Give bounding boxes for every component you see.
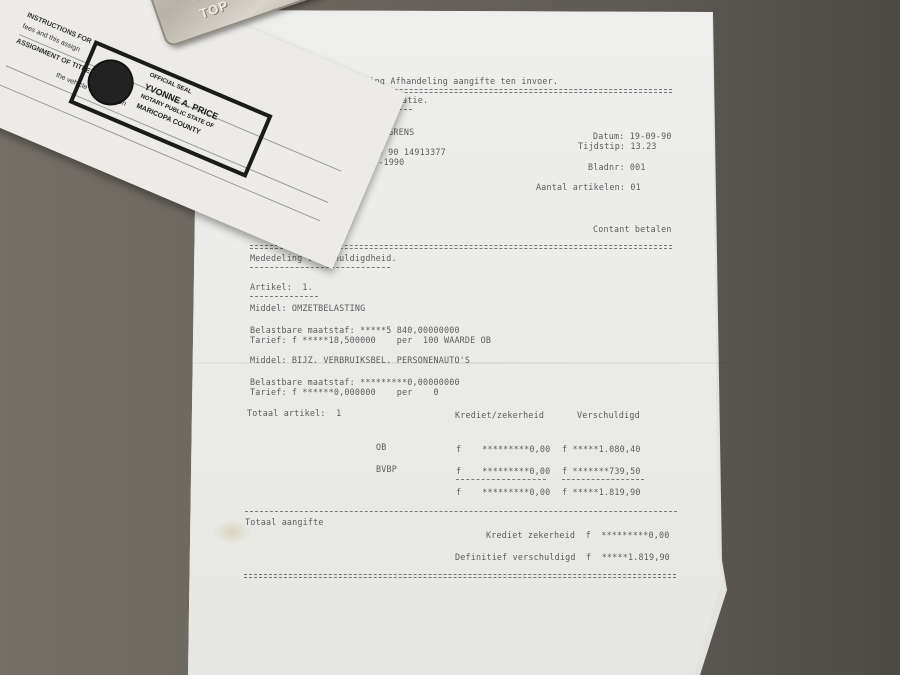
subtotal-rule: [562, 479, 644, 480]
total-krediet: f *********0,00: [456, 487, 550, 497]
row-code: OB: [376, 442, 386, 452]
datum: Datum: 19-09-90: [593, 131, 672, 141]
bladnr: Bladnr: 001: [588, 162, 646, 172]
row-krediet: f *********0,00: [456, 444, 550, 454]
double-rule: [244, 574, 676, 578]
row-verschuldigd: f *******739,50: [562, 466, 641, 476]
subtotal-rule: [456, 479, 546, 480]
definitief-verschuldigd: Definitief verschuldigd f *****1.819,90: [455, 552, 670, 562]
tarief-1: Tarief: f *****18,500000 per 100 WAARDE …: [250, 335, 491, 345]
totaal-artikel-label: Totaal artikel: 1: [247, 408, 341, 418]
tarief-2: Tarief: f ******0,000000 per 0: [250, 387, 439, 397]
totaal-aangifte-label: Totaal aangifte: [245, 517, 324, 527]
row-krediet: f *********0,00: [456, 466, 550, 476]
row-verschuldigd: f *****1.080,40: [562, 444, 641, 454]
rule: [250, 296, 318, 297]
tijdstip: Tijdstip: 13.23: [578, 141, 657, 151]
col-krediet-header: Krediet/zekerheid: [455, 410, 544, 420]
total-verschuldigd: f *****1.819,90: [562, 487, 641, 497]
maatstaf-1: Belastbare maatstaf: *****5 840,00000000: [250, 325, 460, 335]
krediet-zekerheid: Krediet zekerheid f *********0,00: [486, 530, 669, 540]
middel-omzetbelasting: Middel: OMZETBELASTING: [250, 303, 365, 313]
middel-bpm: Middel: BIJZ. VERBRUIKSBEL. PERSONENAUTO…: [250, 355, 470, 365]
seal-emblem-icon: [80, 52, 140, 112]
rule: [245, 511, 677, 512]
aantal-artikelen: Aantal artikelen: 01: [536, 182, 641, 192]
artikel-label: Artikel: 1.: [250, 282, 313, 292]
maatstaf-2: Belastbare maatstaf: *********0,00000000: [250, 377, 460, 387]
row-code: BVBP: [376, 464, 397, 474]
col-verschuldigd-header: Verschuldigd: [577, 410, 640, 420]
betaalwijze: Contant betalen: [593, 224, 672, 234]
rule: [250, 267, 390, 268]
